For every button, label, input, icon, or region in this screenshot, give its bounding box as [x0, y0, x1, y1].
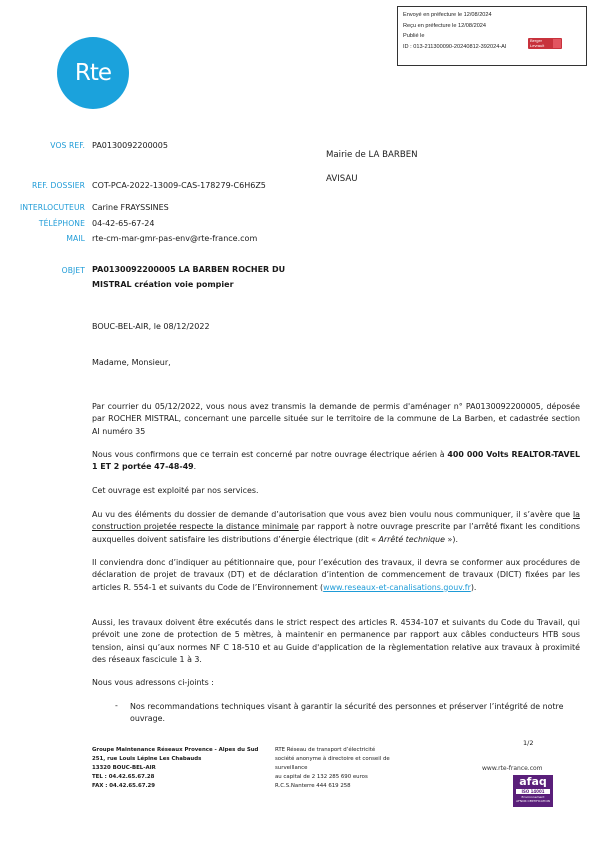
paragraph-5: Il conviendra donc d’indiquer au pétitio… [92, 557, 580, 594]
interlocuteur-value: Carine FRAYSSINES [92, 203, 169, 212]
footer-left-line-5: FAX : 04.42.65.67.29 [92, 782, 155, 791]
stamp-received: Reçu en préfecture le 12/08/2024 [403, 21, 581, 32]
paragraph-7: Nous vous adressons ci-joints : [92, 677, 580, 689]
recipient-line-2: AVISAU [326, 174, 358, 184]
footer-left-line-4: TEL : 04.42.65.67.28 [92, 773, 154, 782]
footer-left-line-2: 251, rue Louis Lépine Les Chabauds [92, 755, 201, 764]
interlocuteur-label: INTERLOCUTEUR [0, 203, 85, 212]
ref-dossier-label: REF. DOSSIER [0, 181, 85, 190]
prefecture-stamp: Envoyé en préfecture le 12/08/2024 Reçu … [397, 6, 587, 66]
stamp-sent: Envoyé en préfecture le 12/08/2024 [403, 10, 581, 21]
reseaux-link[interactable]: www.reseaux-et-canalisations.gouv.fr [323, 583, 471, 592]
page-number: 1/2 [523, 739, 533, 747]
paragraph-3: Cet ouvrage est exploité par nos service… [92, 485, 580, 497]
mail-value[interactable]: rte-cm-mar-gmr-pas-env@rte-france.com [92, 234, 257, 243]
footer-right-line-2: société anonyme à directoire et conseil … [275, 755, 390, 764]
berger-levrault-logo: Berger Levrault [528, 38, 562, 49]
recipient-name: Mairie de LA BARBEN [326, 150, 418, 160]
vos-ref-label: VOS REF. [0, 141, 85, 150]
bullet-marker: - [115, 701, 118, 710]
paragraph-6: Aussi, les travaux doivent être exécutés… [92, 617, 580, 667]
footer-left-line-3: 13320 BOUC-BEL-AIR [92, 764, 156, 773]
telephone-value: 04-42-65-67-24 [92, 219, 154, 228]
telephone-label: TÉLÉPHONE [0, 219, 85, 228]
footer-left-line-1: Groupe Maintenance Réseaux Provence - Al… [92, 746, 258, 755]
footer-right-line-3: surveillance [275, 764, 307, 773]
ref-dossier-value: COT-PCA-2022-13009-CAS-178279-C6H6Z5 [92, 181, 266, 190]
paragraph-4: Au vu des éléments du dossier de demande… [92, 509, 580, 546]
objet-line-1: PA0130092200005 LA BARBEN ROCHER DU [92, 265, 285, 274]
paragraph-2: Nous vous confirmons que ce terrain est … [92, 449, 580, 474]
vos-ref-value: PA0130092200005 [92, 141, 168, 150]
place-date: BOUC-BEL-AIR, le 08/12/2022 [92, 322, 210, 331]
salutation: Madame, Monsieur, [92, 358, 171, 367]
website-link[interactable]: www.rte-france.com [482, 765, 543, 772]
footer-right-line-5: R.C.S.Nanterre 444 619 258 [275, 782, 351, 791]
footer-right-line-4: au capital de 2 132 285 690 euros [275, 773, 368, 782]
paragraph-1: Par courrier du 05/12/2022, vous nous av… [92, 401, 580, 438]
afaq-certification-logo: afaq ISO 14001 Environnement AFNOR CERTI… [513, 775, 553, 807]
bullet-item-1: Nos recommandations techniques visant à … [130, 701, 570, 726]
footer-right-line-1: RTE Réseau de transport d’électricité [275, 746, 375, 755]
mail-label: MAIL [0, 234, 85, 243]
objet-line-2: MISTRAL création voie pompier [92, 280, 234, 289]
objet-label: OBJET [0, 266, 85, 275]
rte-logo: Rte [57, 37, 129, 109]
